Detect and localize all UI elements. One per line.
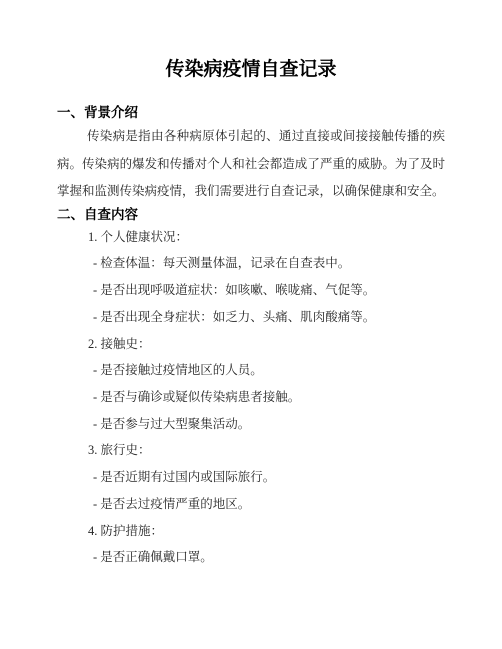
background-paragraph: 传染病是指由各种病原体引起的、通过直接或间接接触传播的疾病。传染病的爆发和传播对… bbox=[57, 123, 445, 206]
section-heading-background: 一、背景介绍 bbox=[57, 104, 445, 121]
checklist-item-2-sub-1: - 是否接触过疫情地区的人员。 bbox=[57, 357, 445, 384]
section-heading-content: 二、自查内容 bbox=[57, 206, 445, 223]
checklist-item-1-label: 1. 个人健康状况： bbox=[57, 224, 445, 251]
checklist-item-3-label: 3. 旅行史： bbox=[57, 437, 445, 464]
checklist-item-1-sub-3: - 是否出现全身症状：如乏力、头痛、肌肉酸痛等。 bbox=[57, 304, 445, 331]
checklist-item-2-label: 2. 接触史： bbox=[57, 331, 445, 358]
checklist-item-4-label: 4. 防护措施： bbox=[57, 518, 445, 545]
checklist-item-2-sub-2: - 是否与确诊或疑似传染病患者接触。 bbox=[57, 384, 445, 411]
checklist-item-1-sub-2: - 是否出现呼吸道症状：如咳嗽、喉咙痛、气促等。 bbox=[57, 277, 445, 304]
document-page: 传染病疫情自查记录 一、背景介绍 传染病是指由各种病原体引起的、通过直接或间接接… bbox=[0, 0, 502, 649]
checklist-item-2-sub-3: - 是否参与过大型聚集活动。 bbox=[57, 411, 445, 438]
checklist-item-4-sub-1: - 是否正确佩戴口罩。 bbox=[57, 544, 445, 571]
self-check-list: 1. 个人健康状况： - 检查体温：每天测量体温，记录在自查表中。 - 是否出现… bbox=[57, 224, 445, 571]
checklist-item-3-sub-2: - 是否去过疫情严重的地区。 bbox=[57, 491, 445, 518]
checklist-item-1-sub-1: - 检查体温：每天测量体温，记录在自查表中。 bbox=[57, 250, 445, 277]
document-title: 传染病疫情自查记录 bbox=[57, 58, 445, 82]
checklist-item-3-sub-1: - 是否近期有过国内或国际旅行。 bbox=[57, 464, 445, 491]
